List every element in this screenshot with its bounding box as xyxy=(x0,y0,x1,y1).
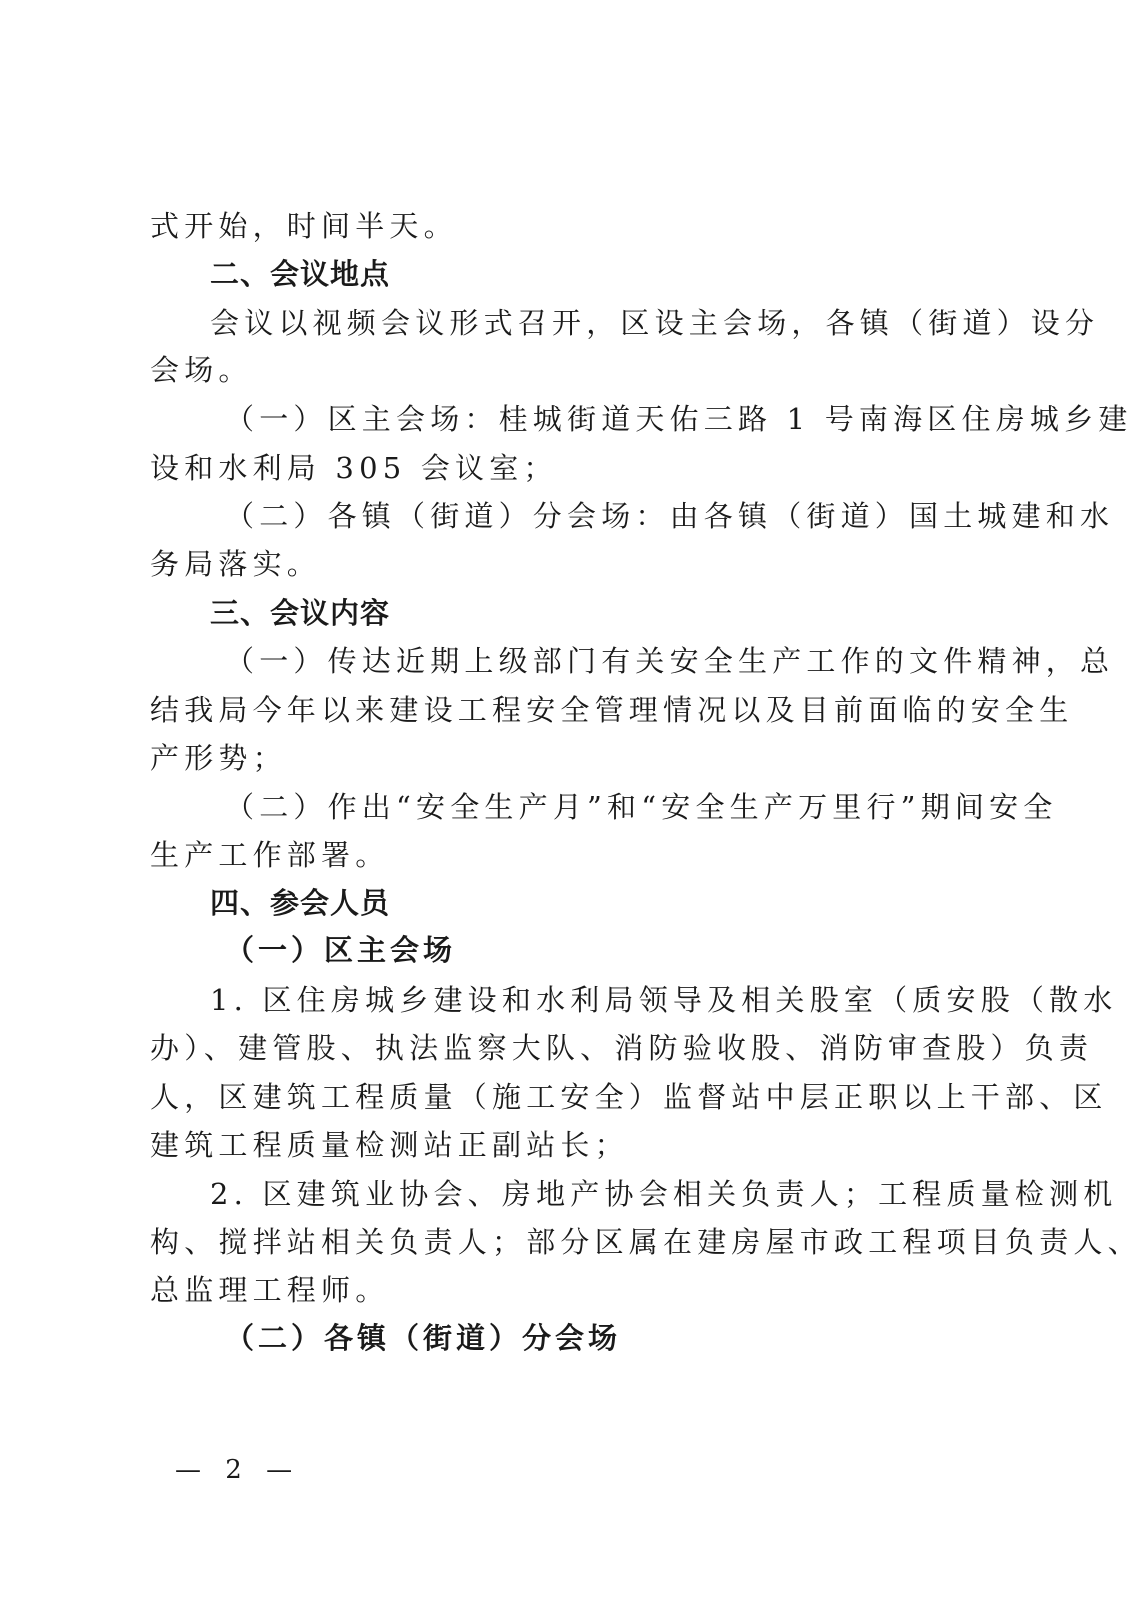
body-text-line: 结我局今年以来建设工程安全管理情况以及目前面临的安全生 xyxy=(150,692,1073,728)
body-text-line: 办）、建管股、执法监察大队、消防验收股、消防审查股）负责 xyxy=(150,1030,1093,1066)
body-text-line: 产形势； xyxy=(150,740,287,776)
section-heading-content: 三、会议内容 xyxy=(210,595,390,631)
body-text-line: 1. 区住房城乡建设和水利局领导及相关股室（质安股（散水 xyxy=(210,982,1118,1018)
body-text-line: 构、搅拌站相关负责人；部分区属在建房屋市政工程项目负责人、 xyxy=(150,1224,1131,1260)
body-text-line: 总监理工程师。 xyxy=(150,1272,389,1308)
body-text-line: （一）传达近期上级部门有关安全生产工作的文件精神，总 xyxy=(225,643,1114,679)
document-page: 式开始，时间半天。 二、会议地点 会议以视频会议形式召开，区设主会场，各镇（街道… xyxy=(0,0,1131,1600)
body-text-line: 人，区建筑工程质量（施工安全）监督站中层正职以上干部、区 xyxy=(150,1079,1108,1115)
body-text-line: （一）区主会场：桂城街道天佑三路 1 号南海区住房城乡建 xyxy=(225,401,1131,437)
body-text-line: 会议以视频会议形式召开，区设主会场，各镇（街道）设分 xyxy=(210,305,1099,341)
page-number: — 2 — xyxy=(175,1455,300,1485)
body-text-line: 务局落实。 xyxy=(150,546,321,582)
body-text-line: 生产工作部署。 xyxy=(150,837,389,873)
body-text-line: 设和水利局 305 会议室； xyxy=(150,450,558,486)
body-text-line: （二）各镇（街道）分会场：由各镇（街道）国土城建和水 xyxy=(225,498,1114,534)
subsection-heading-branch-venues: （二）各镇（街道）分会场 xyxy=(225,1320,621,1356)
body-text-line: 建筑工程质量检测站正副站长； xyxy=(150,1127,629,1163)
body-text-line: 式开始，时间半天。 xyxy=(150,208,458,244)
body-text-line: （二）作出“安全生产月”和“安全生产万里行”期间安全 xyxy=(225,789,1058,825)
body-text-line: 会场。 xyxy=(150,352,253,388)
subsection-heading-main-venue: （一）区主会场 xyxy=(225,932,456,968)
body-text-line: 2. 区建筑业协会、房地产协会相关负责人；工程质量检测机 xyxy=(210,1176,1118,1212)
section-heading-venue: 二、会议地点 xyxy=(210,256,390,292)
section-heading-attendees: 四、参会人员 xyxy=(210,885,390,921)
